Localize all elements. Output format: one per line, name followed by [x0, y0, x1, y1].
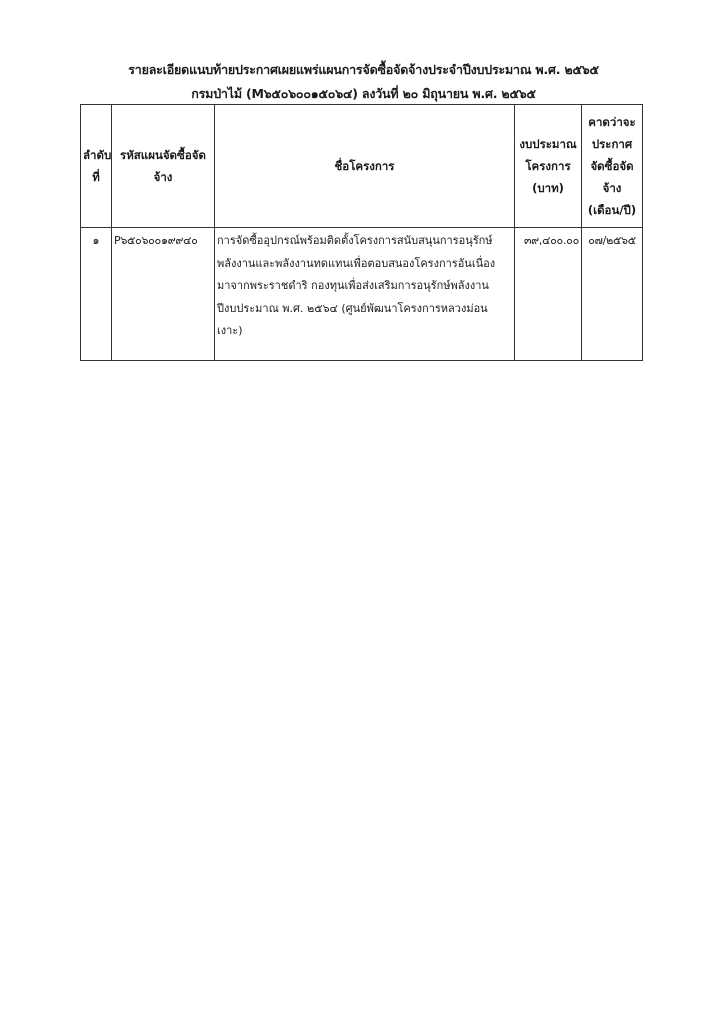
header-budget: งบประมาณ โครงการ (บาท): [515, 105, 582, 228]
cell-project-name: การจัดซื้ออุปกรณ์พร้อมติดตั้งโครงการสนับ…: [215, 228, 515, 361]
cell-expected-date: ๐๗/๒๕๖๕: [582, 228, 643, 361]
header-project-name: ชื่อโครงการ: [215, 105, 515, 228]
document-subtitle: กรมป่าไม้ (M๖๕๐๖๐๐๑๕๐๖๔) ลงวันที่ ๒๐ มิถ…: [0, 84, 727, 104]
cell-budget: ๓๙,๔๐๐.๐๐: [515, 228, 582, 361]
table-header-row: ลำดับ ที่ รหัสแผนจัดซื้อจัด จ้าง ชื่อโคร…: [81, 105, 643, 228]
cell-seq: ๑: [81, 228, 112, 361]
cell-plan-code: P๖๕๐๖๐๐๑๙๙๔๐: [112, 228, 215, 361]
document-title: รายละเอียดแนบท้ายประกาศเผยแพร่แผนการจัดซ…: [0, 60, 727, 80]
header-plan-code: รหัสแผนจัดซื้อจัด จ้าง: [112, 105, 215, 228]
header-seq: ลำดับ ที่: [81, 105, 112, 228]
procurement-plan-table: ลำดับ ที่ รหัสแผนจัดซื้อจัด จ้าง ชื่อโคร…: [80, 104, 643, 361]
header-expected-date: คาดว่าจะ ประกาศ จัดซื้อจัด จ้าง (เดือน/ป…: [582, 105, 643, 228]
table-row: ๑ P๖๕๐๖๐๐๑๙๙๔๐ การจัดซื้ออุปกรณ์พร้อมติด…: [81, 228, 643, 361]
